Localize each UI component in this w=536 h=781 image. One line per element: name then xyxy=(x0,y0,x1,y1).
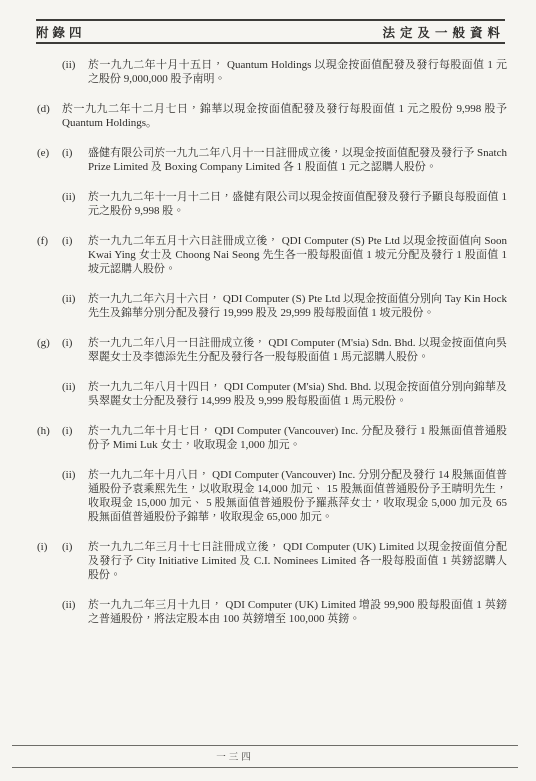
list-item-h: (h) (i) 於一九九二年十月七日， QDI Computer (Vancou… xyxy=(37,424,507,524)
document-body: (ii) 於一九九二年十月十五日， Quantum Holdings 以現金按面… xyxy=(37,58,507,642)
sub-item: (ii) 於一九九二年六月十六日， QDI Computer (S) Pte L… xyxy=(62,292,507,320)
list-item-g: (g) (i) 於一九九二年八月一日註冊成立後， QDI Computer (M… xyxy=(37,336,507,408)
page-footer: 一三四 xyxy=(12,745,518,768)
paragraph-text: 於一九九二年三月十七日註冊成立後， QDI Computer (UK) Limi… xyxy=(88,540,507,582)
paragraph-text: 於一九九二年六月十六日， QDI Computer (S) Pte Ltd 以現… xyxy=(88,292,507,320)
sub-item: (ii) 於一九九二年八月十四日， QDI Computer (M'sia) S… xyxy=(62,380,507,408)
paragraph-text: 盛健有限公司於一九九二年八月十一日註冊成立後，以現金按面值配發及發行予 Snat… xyxy=(88,146,507,174)
sub-item-label: (ii) xyxy=(62,292,88,306)
paragraph-text: 於一九九二年五月十六日註冊成立後， QDI Computer (S) Pte L… xyxy=(88,234,507,276)
list-item-f: (f) (i) 於一九九二年五月十六日註冊成立後， QDI Computer (… xyxy=(37,234,507,320)
sub-item-label: (i) xyxy=(62,540,88,554)
paragraph-text: 於一九九二年十月七日， QDI Computer (Vancouver) Inc… xyxy=(88,424,507,452)
list-item-d: (d) 於一九九二年十二月七日，錦華以現金按面值配發及發行每股面值 1 元之股份… xyxy=(37,102,507,130)
sub-item-label: (ii) xyxy=(62,58,88,72)
page-header: 附錄四 法定及一般資料 xyxy=(36,19,505,44)
sub-item-label: (ii) xyxy=(62,598,88,612)
item-label: (d) xyxy=(37,102,62,116)
paragraph-text: 於一九九二年十月十五日， Quantum Holdings 以現金按面值配發及發… xyxy=(88,58,507,86)
sub-item-label: (ii) xyxy=(62,380,88,394)
item-label: (h) xyxy=(37,424,62,438)
sub-item-label: (ii) xyxy=(62,190,88,204)
list-item-c-continued: (ii) 於一九九二年十月十五日， Quantum Holdings 以現金按面… xyxy=(37,58,507,86)
document-page: 附錄四 法定及一般資料 (ii) 於一九九二年十月十五日， Quantum Ho… xyxy=(0,0,536,781)
item-label: (e) xyxy=(37,146,62,160)
sub-item: (i) 盛健有限公司於一九九二年八月十一日註冊成立後，以現金按面值配發及發行予 … xyxy=(62,146,507,174)
sub-item-label: (i) xyxy=(62,424,88,438)
paragraph-text: 於一九九二年八月十四日， QDI Computer (M'sia) Shd. B… xyxy=(88,380,507,408)
sub-item: (i) 於一九九二年五月十六日註冊成立後， QDI Computer (S) P… xyxy=(62,234,507,276)
item-label: (f) xyxy=(37,234,62,248)
paragraph-text: 於一九九二年十月八日， QDI Computer (Vancouver) Inc… xyxy=(88,468,507,524)
item-label: (g) xyxy=(37,336,62,350)
sub-item: (ii) 於一九九二年十月八日， QDI Computer (Vancouver… xyxy=(62,468,507,524)
sub-item: (i) 於一九九二年十月七日， QDI Computer (Vancouver)… xyxy=(62,424,507,452)
sub-item: (ii) 於一九九二年三月十九日， QDI Computer (UK) Limi… xyxy=(62,598,507,626)
sub-item: (i) 於一九九二年八月一日註冊成立後， QDI Computer (M'sia… xyxy=(62,336,507,364)
header-section-title: 法定及一般資料 xyxy=(382,23,505,41)
paragraph-text: 於一九九二年八月一日註冊成立後， QDI Computer (M'sia) Sd… xyxy=(88,336,507,364)
header-appendix-title: 附錄四 xyxy=(36,23,86,41)
item-label: (i) xyxy=(37,540,62,554)
sub-item-label: (i) xyxy=(62,146,88,160)
paragraph-text: 於一九九二年十二月七日，錦華以現金按面值配發及發行每股面值 1 元之股份 9,9… xyxy=(62,102,507,130)
paragraph-text: 於一九九二年十一月十二日，盛健有限公司以現金按面值配發及發行予顯良每股面值 1 … xyxy=(88,190,507,218)
sub-item: (ii) 於一九九二年十月十五日， Quantum Holdings 以現金按面… xyxy=(62,58,507,86)
sub-item: (i) 於一九九二年三月十七日註冊成立後， QDI Computer (UK) … xyxy=(62,540,507,582)
sub-item-label: (ii) xyxy=(62,468,88,482)
sub-item-label: (i) xyxy=(62,336,88,350)
list-item-e: (e) (i) 盛健有限公司於一九九二年八月十一日註冊成立後，以現金按面值配發及… xyxy=(37,146,507,218)
sub-item-label: (i) xyxy=(62,234,88,248)
list-item-i: (i) (i) 於一九九二年三月十七日註冊成立後， QDI Computer (… xyxy=(37,540,507,626)
paragraph-text: 於一九九二年三月十九日， QDI Computer (UK) Limited 增… xyxy=(88,598,507,626)
page-number: 一三四 xyxy=(216,753,254,763)
sub-item: (ii) 於一九九二年十一月十二日，盛健有限公司以現金按面值配發及發行予顯良每股… xyxy=(62,190,507,218)
